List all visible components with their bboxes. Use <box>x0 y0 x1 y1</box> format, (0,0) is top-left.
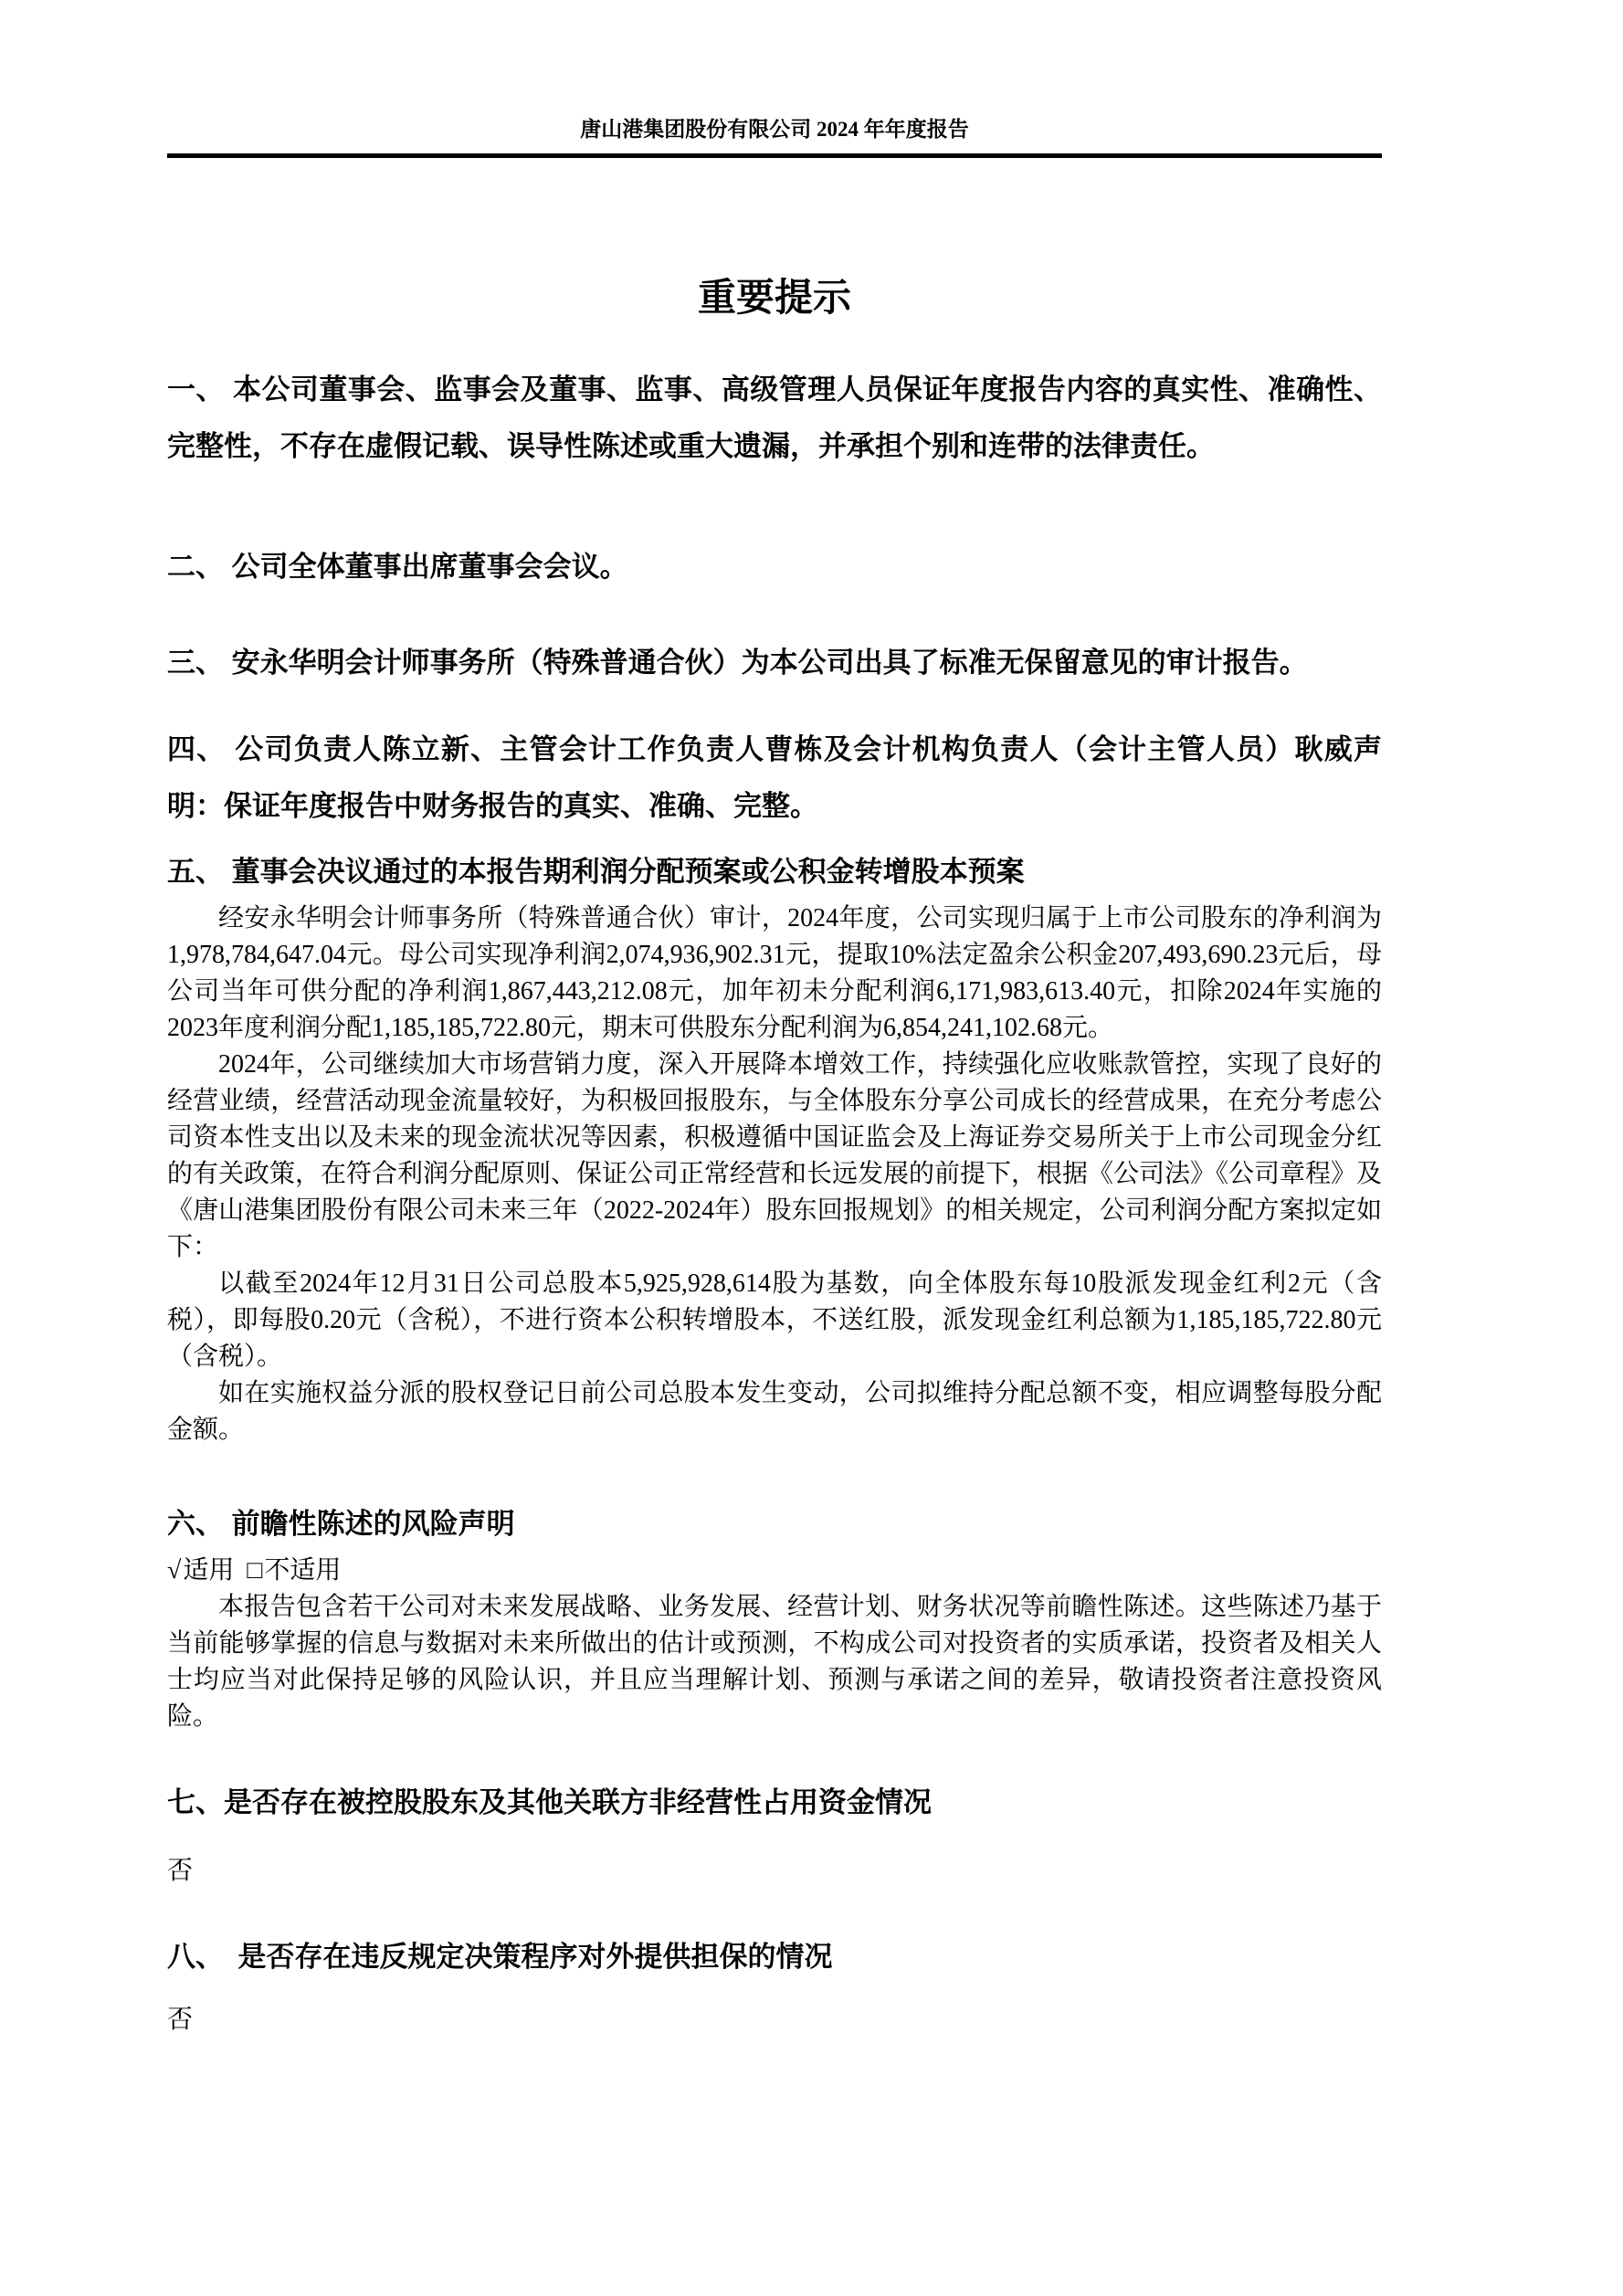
section-7-answer: 否 <box>167 1853 1382 1890</box>
report-header-title: 唐山港集团股份有限公司 2024 年年度报告 <box>580 118 969 141</box>
running-header: 唐山港集团股份有限公司 2024 年年度报告 <box>167 0 1382 158</box>
applicable-label: 适用 <box>183 1556 234 1585</box>
section-2-statement: 二、 公司全体董事出席董事会会议。 <box>167 539 1382 595</box>
section-5-heading: 五、 董事会决议通过的本报告期利润分配预案或公积金转增股本预案 <box>167 844 1382 900</box>
checkbox-empty-icon: □ <box>247 1556 262 1585</box>
section-6-heading: 六、 前瞻性陈述的风险声明 <box>167 1496 1382 1553</box>
section-8-answer: 否 <box>167 2002 1382 2038</box>
report-page: 唐山港集团股份有限公司 2024 年年度报告 重要提示 一、 本公司董事会、监事… <box>0 0 1623 2296</box>
check-mark-icon: √ <box>167 1556 181 1585</box>
section-6-paragraph: 本报告包含若干公司对未来发展战略、业务发展、经营计划、财务状况等前瞻性陈述。这些… <box>167 1589 1382 1735</box>
section-3-statement: 三、 安永华明会计师事务所（特殊普通合伙）为本公司出具了标准无保留意见的审计报告… <box>167 635 1382 691</box>
section-5-paragraph-2: 2024年，公司继续加大市场营销力度，深入开展降本增效工作，持续强化应收账款管控… <box>167 1047 1382 1266</box>
section-4-statement: 四、 公司负责人陈立新、主管会计工作负责人曹栋及会计机构负责人（会计主管人员）耿… <box>167 721 1382 835</box>
section-7-heading: 七、是否存在被控股股东及其他关联方非经营性占用资金情况 <box>167 1775 1382 1831</box>
page-title: 重要提示 <box>167 274 1382 321</box>
section-5-paragraph-3: 以截至2024年12月31日公司总股本5,925,928,614股为基数，向全体… <box>167 1266 1382 1375</box>
page-content: 重要提示 一、 本公司董事会、监事会及董事、监事、高级管理人员保证年度报告内容的… <box>167 274 1382 2038</box>
section-8-heading: 八、 是否存在违反规定决策程序对外提供担保的情况 <box>167 1929 1382 1985</box>
section-1-statement: 一、 本公司董事会、监事会及董事、监事、高级管理人员保证年度报告内容的真实性、准… <box>167 362 1382 475</box>
not-applicable-label: 不适用 <box>264 1556 341 1585</box>
applicability-line: √适用□不适用 <box>167 1553 1382 1589</box>
section-5-paragraph-4: 如在实施权益分派的股权登记日前公司总股本发生变动，公司拟维持分配总额不变，相应调… <box>167 1375 1382 1448</box>
section-5-paragraph-1: 经安永华明会计师事务所（特殊普通合伙）审计，2024年度，公司实现归属于上市公司… <box>167 900 1382 1047</box>
